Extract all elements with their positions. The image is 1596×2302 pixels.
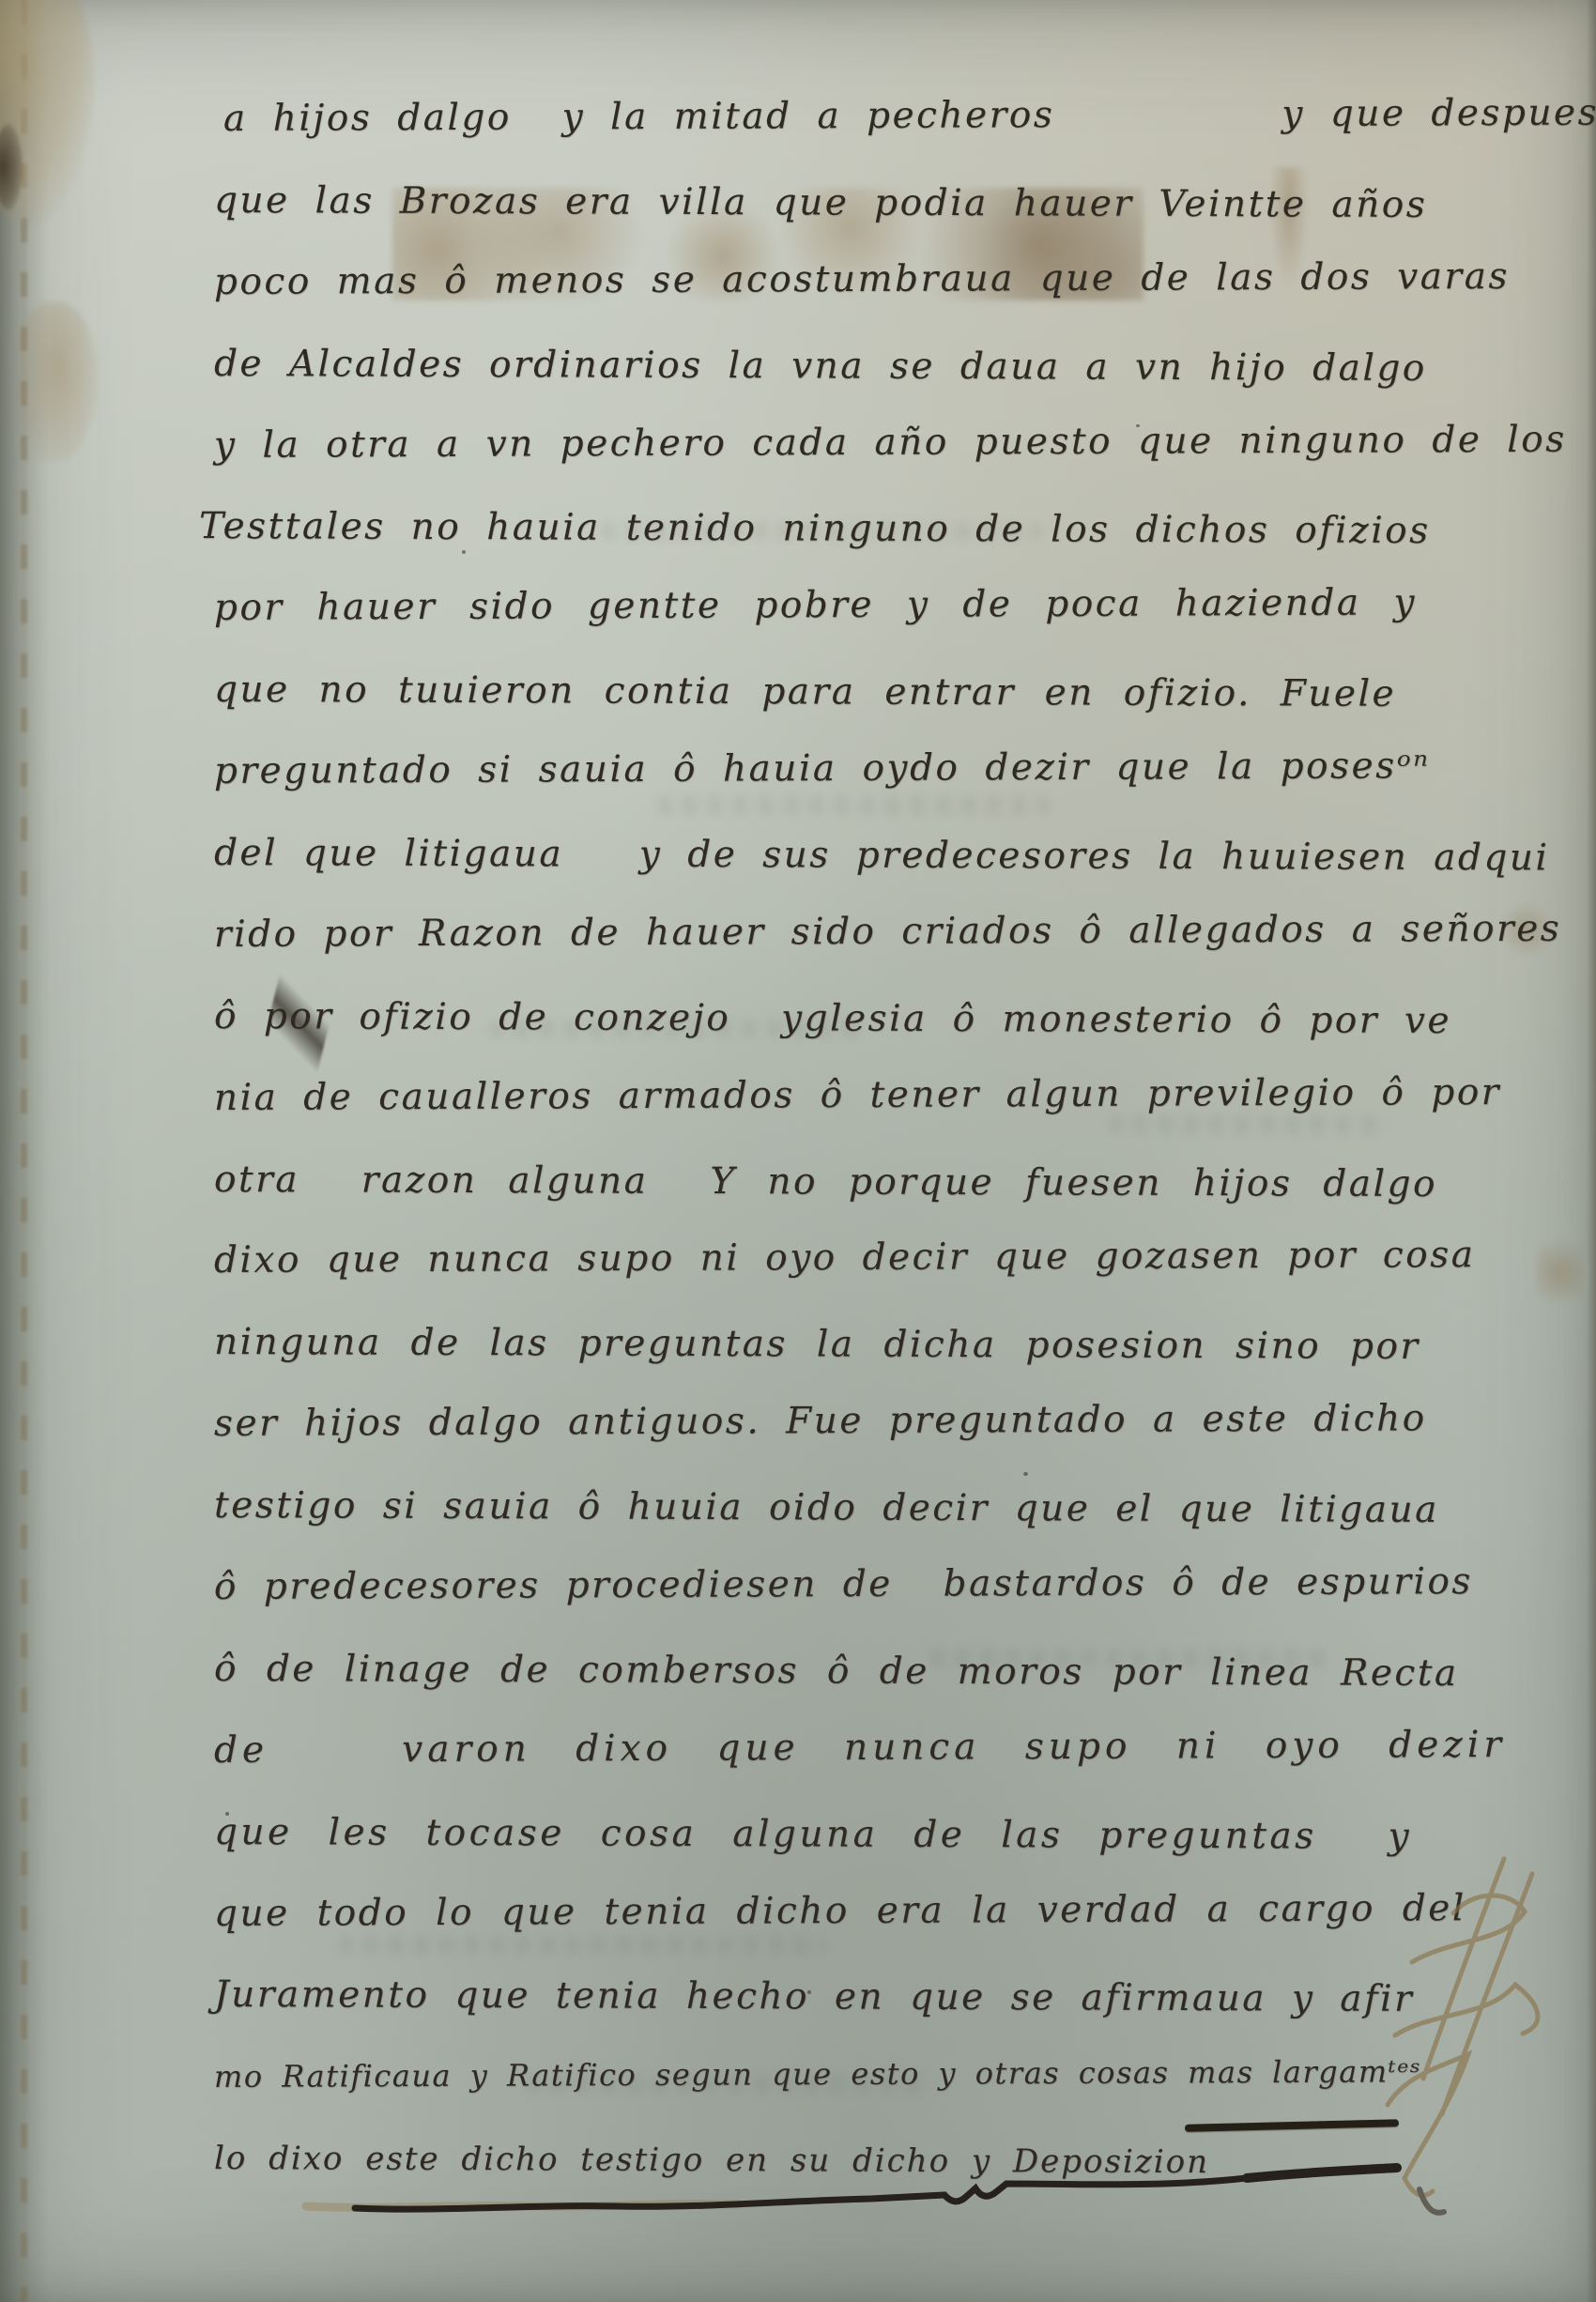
manuscript-line: poco mas ô menos se acostumbraua que de … xyxy=(214,237,1416,323)
manuscript-line: Testtales no hauia tenido ninguno de los… xyxy=(199,486,1416,573)
manuscript-line: mo Ratificaua y Ratifico segun que esto … xyxy=(214,2032,1416,2118)
manuscript-line: ninguna de las preguntas la dicha posesi… xyxy=(214,1302,1416,1389)
manuscript-line: de Alcaldes ordinarios la vna se daua a … xyxy=(214,324,1416,410)
manuscript-line: ô por ofizio de conzejo yglesia ô monest… xyxy=(214,976,1416,1063)
manuscript-line: ser hijos dalgo antiguos. Fue preguntado… xyxy=(214,1379,1416,1466)
margin-rubric-flourish xyxy=(1363,1833,1579,2227)
manuscript-line: preguntado si sauia ô hauia oydo dezir q… xyxy=(214,727,1416,813)
manuscript-line: que las Brozas era villa que podia hauer… xyxy=(214,161,1416,247)
manuscript-page: a hijos dalgo y la mitad a pecheros y qu… xyxy=(0,0,1596,2302)
manuscript-line: a hijos dalgo y la mitad a pecheros y qu… xyxy=(223,73,1416,160)
manuscript-line: que todo lo que tenia dicho era la verda… xyxy=(214,1868,1416,1955)
manuscript-line: de varon dixo que nunca supo ni oyo dezi… xyxy=(214,1705,1416,1791)
manuscript-line: y la otra a vn pechero cada año puesto q… xyxy=(214,400,1416,486)
manuscript-line: nia de caualleros armados ô tener algun … xyxy=(214,1052,1416,1139)
manuscript-line: del que litigaua y de sus predecesores l… xyxy=(214,813,1416,899)
closing-rule xyxy=(299,2148,1416,2233)
manuscript-line: otra razon alguna Y no porque fuesen hij… xyxy=(214,1140,1416,1226)
manuscript-line: por hauer sido gentte pobre y de poca ha… xyxy=(214,563,1416,650)
manuscript-line: ô de linage de combersos ô de moros por … xyxy=(214,1629,1416,1715)
text-block: a hijos dalgo y la mitad a pecheros y qu… xyxy=(214,79,1416,2200)
manuscript-line: testigo si sauia ô huuia oido decir que … xyxy=(214,1466,1416,1552)
binding-crease xyxy=(21,0,27,2302)
manuscript-line: Juramento que tenia hecho en que se afir… xyxy=(214,1955,1416,2041)
manuscript-line: dixo que nunca supo ni oyo decir que goz… xyxy=(214,1216,1416,1302)
manuscript-line: que les tocase cosa alguna de las pregun… xyxy=(214,1792,1416,1879)
manuscript-line: ô predecesores procediesen de bastardos … xyxy=(214,1542,1416,1628)
manuscript-line: rido por Razon de hauer sido criados ô a… xyxy=(214,889,1416,975)
page-right-edge xyxy=(1587,0,1596,2302)
manuscript-line: que no tuuieron contia para entrar en of… xyxy=(214,650,1416,736)
